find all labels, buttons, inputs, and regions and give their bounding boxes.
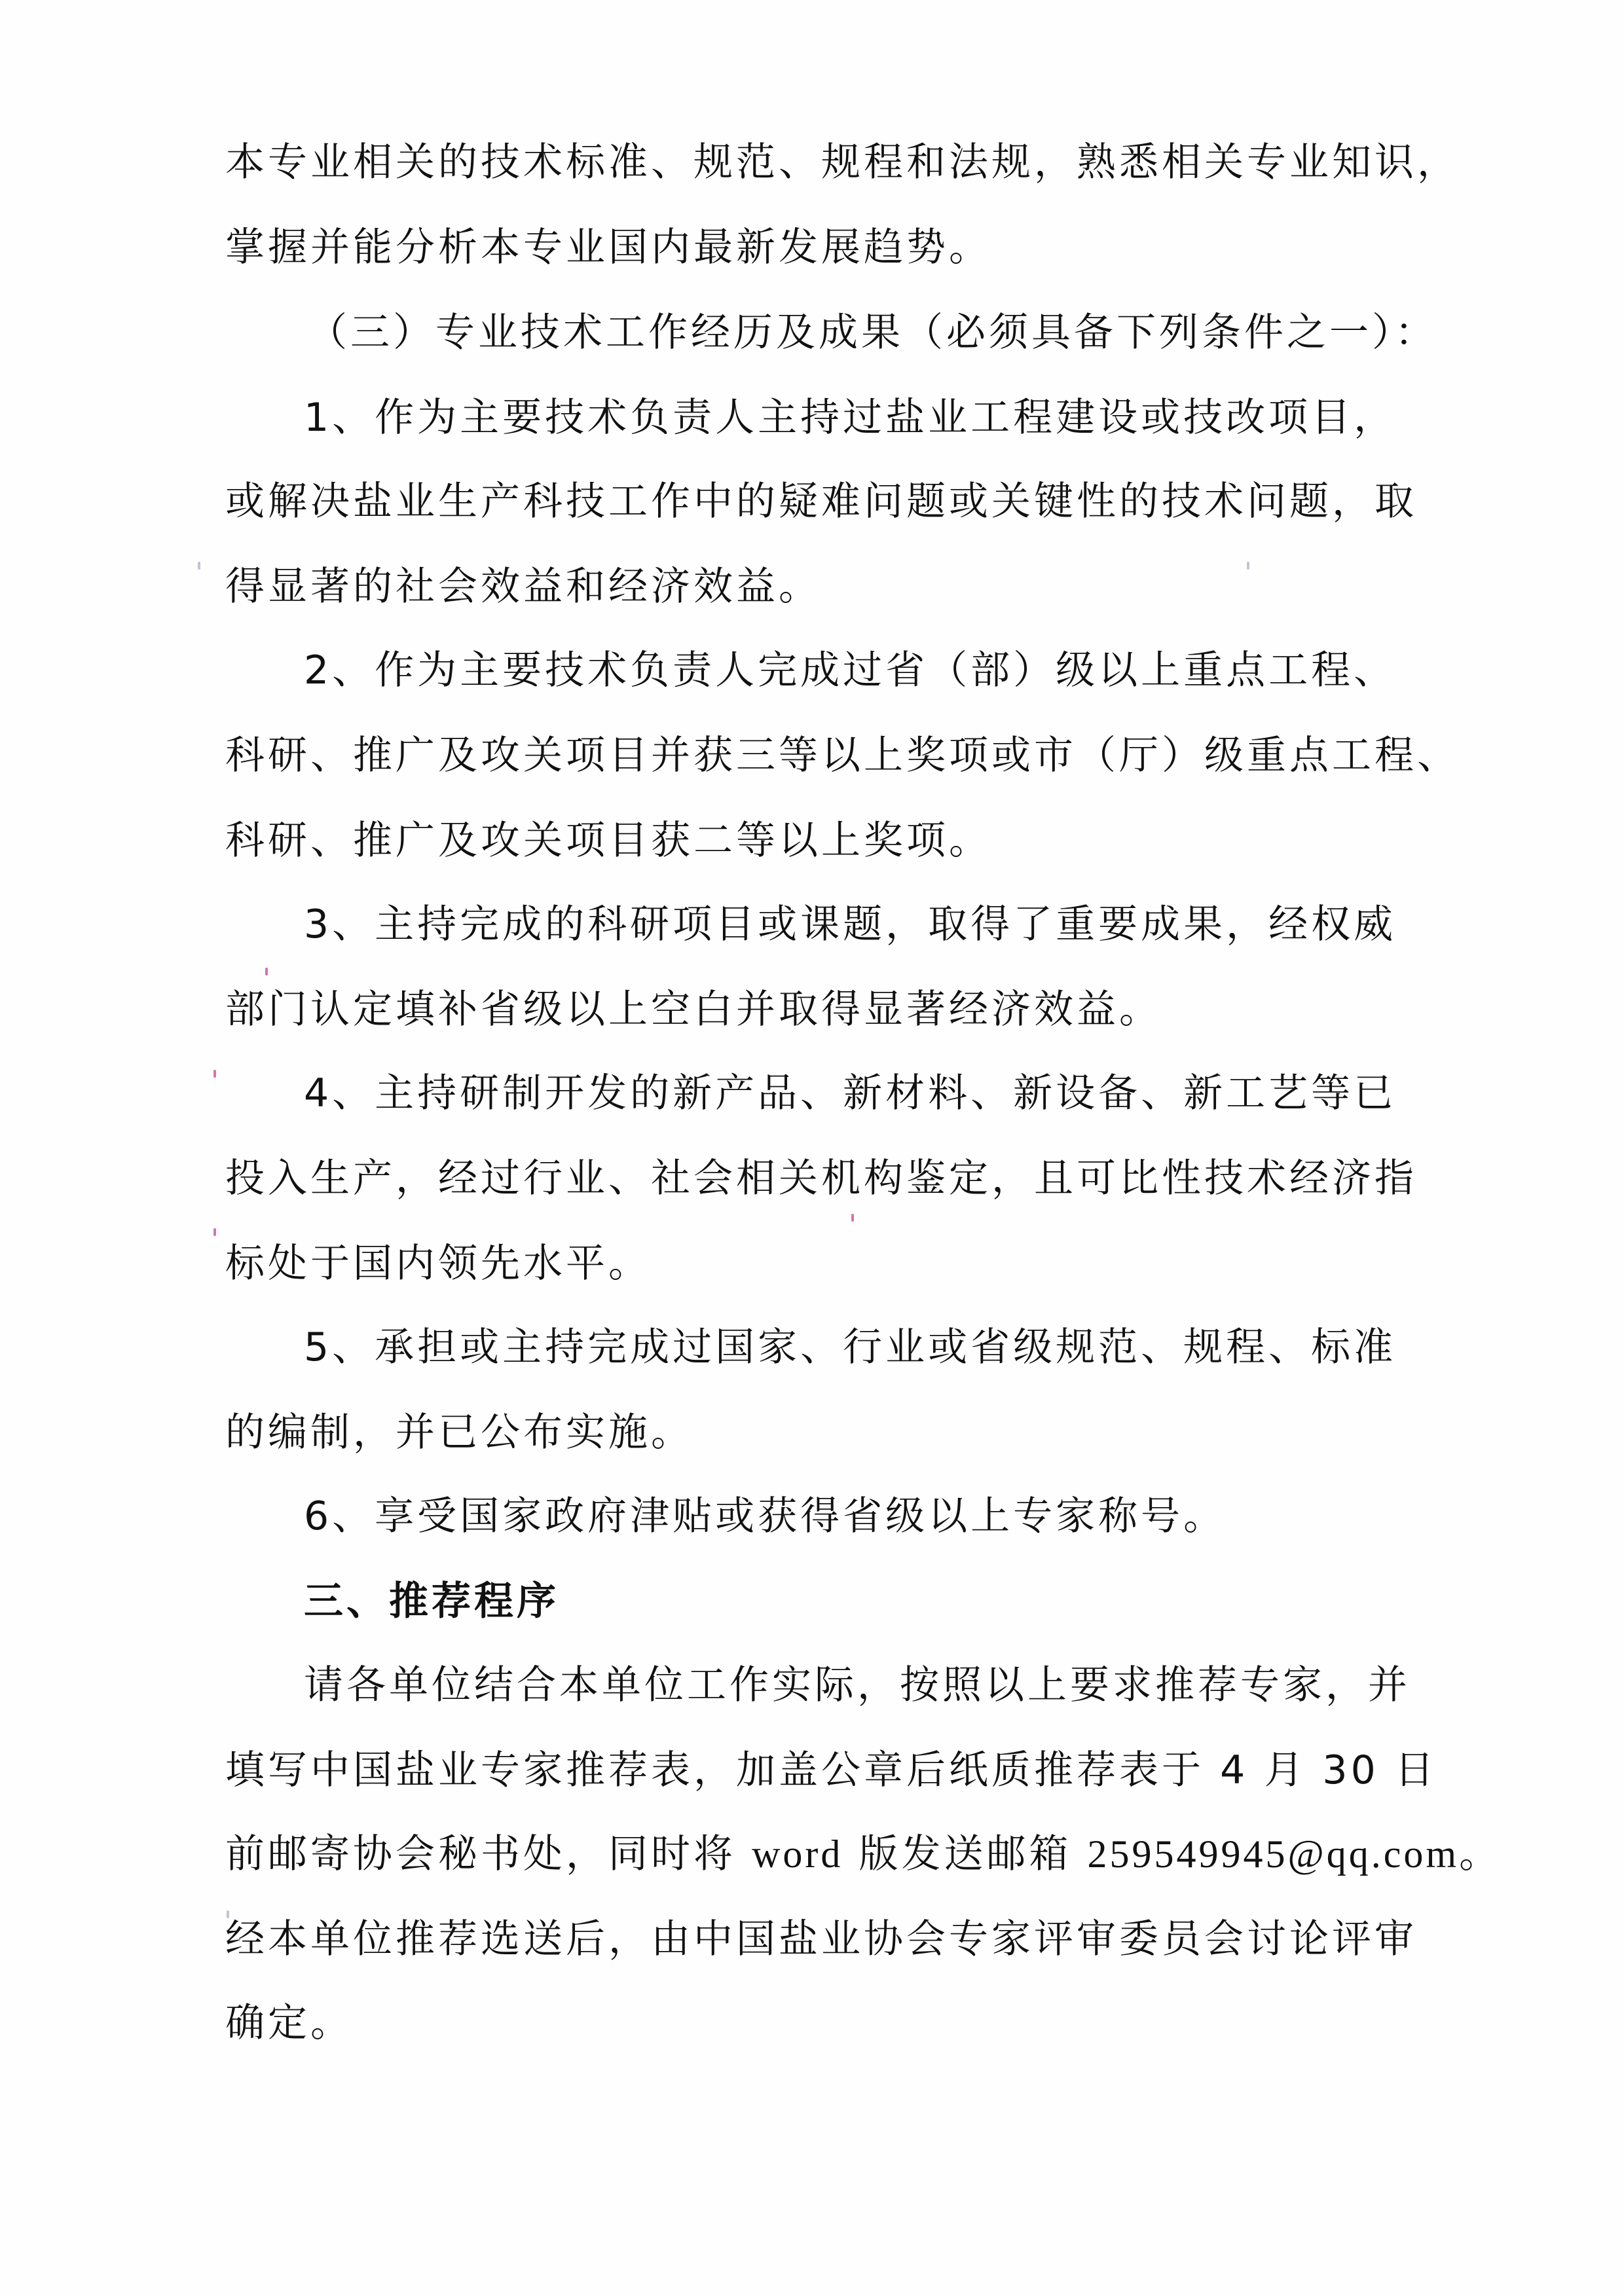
procedure-paragraph-cont: 填写中国盐业专家推荐表，加盖公章后纸质推荐表于 4 月 30 日 bbox=[225, 1744, 1437, 1796]
scan-speck bbox=[198, 562, 200, 570]
list-item-4-cont: 标处于国内领先水平。 bbox=[225, 1237, 651, 1290]
scan-speck bbox=[265, 968, 268, 975]
list-item-2-cont: 科研、推广及攻关项目获二等以上奖项。 bbox=[225, 814, 991, 867]
document-page: 本专业相关的技术标准、规范、规程和法规，熟悉相关专业知识， 掌握并能分析本专业国… bbox=[0, 0, 1624, 2296]
scan-speck bbox=[227, 1910, 229, 1918]
list-item-4: 4、主持研制开发的新产品、新材料、新设备、新工艺等已 bbox=[304, 1067, 1396, 1120]
word-format-text: word bbox=[752, 1832, 843, 1876]
subsection-heading: （三）专业技术工作经历及成果（必须具备下列条件之一）： bbox=[308, 306, 1437, 359]
scan-speck bbox=[1247, 562, 1249, 570]
email-line-suffix: 。 bbox=[1459, 1831, 1502, 1877]
paragraph-line: 本专业相关的技术标准、规范、规程和法规，熟悉相关专业知识， bbox=[225, 136, 1460, 189]
list-item-6: 6、享受国家政府津贴或获得省级以上专家称号。 bbox=[304, 1490, 1226, 1542]
procedure-paragraph-cont: 确定。 bbox=[225, 1997, 353, 2049]
scan-speck bbox=[213, 1228, 216, 1236]
procedure-paragraph: 请各单位结合本单位工作实际，按照以上要求推荐专家，并 bbox=[304, 1659, 1411, 1711]
list-item-2: 2、作为主要技术负责人完成过省（部）级以上重点工程、 bbox=[304, 644, 1396, 697]
procedure-paragraph-cont: 经本单位推荐选送后，由中国盐业协会专家评审委员会讨论评审 bbox=[225, 1913, 1417, 1965]
email-line-middle: 版发送邮箱 bbox=[843, 1831, 1087, 1877]
scan-speck bbox=[851, 1214, 854, 1222]
list-item-4-cont: 投入生产，经过行业、社会相关机构鉴定，且可比性技术经济指 bbox=[225, 1152, 1417, 1205]
email-line-prefix: 前邮寄协会秘书处，同时将 bbox=[225, 1831, 752, 1877]
list-item-1: 1、作为主要技术负责人主持过盐业工程建设或技改项目， bbox=[304, 392, 1396, 444]
list-item-1-cont: 得显著的社会效益和经济效益。 bbox=[225, 560, 821, 613]
list-item-5-cont: 的编制，并已公布实施。 bbox=[225, 1406, 693, 1459]
list-item-2-cont: 科研、推广及攻关项目并获三等以上奖项或市（厅）级重点工程、 bbox=[225, 729, 1460, 782]
scan-speck bbox=[213, 1070, 216, 1078]
procedure-paragraph-cont: 前邮寄协会秘书处，同时将 word 版发送邮箱 259549945@qq.com… bbox=[225, 1828, 1502, 1880]
list-item-1-cont: 或解决盐业生产科技工作中的疑难问题或关键性的技术问题，取 bbox=[225, 475, 1417, 528]
list-item-3: 3、主持完成的科研项目或课题，取得了重要成果，经权威 bbox=[304, 898, 1396, 951]
paragraph-line: 掌握并能分析本专业国内最新发展趋势。 bbox=[225, 221, 991, 274]
list-item-3-cont: 部门认定填补省级以上空白并取得显著经济效益。 bbox=[225, 983, 1162, 1036]
section-heading: 三、推荐程序 bbox=[304, 1575, 559, 1628]
email-address: 259549945@qq.com bbox=[1088, 1832, 1460, 1876]
list-item-5: 5、承担或主持完成过国家、行业或省级规范、规程、标准 bbox=[304, 1321, 1396, 1374]
